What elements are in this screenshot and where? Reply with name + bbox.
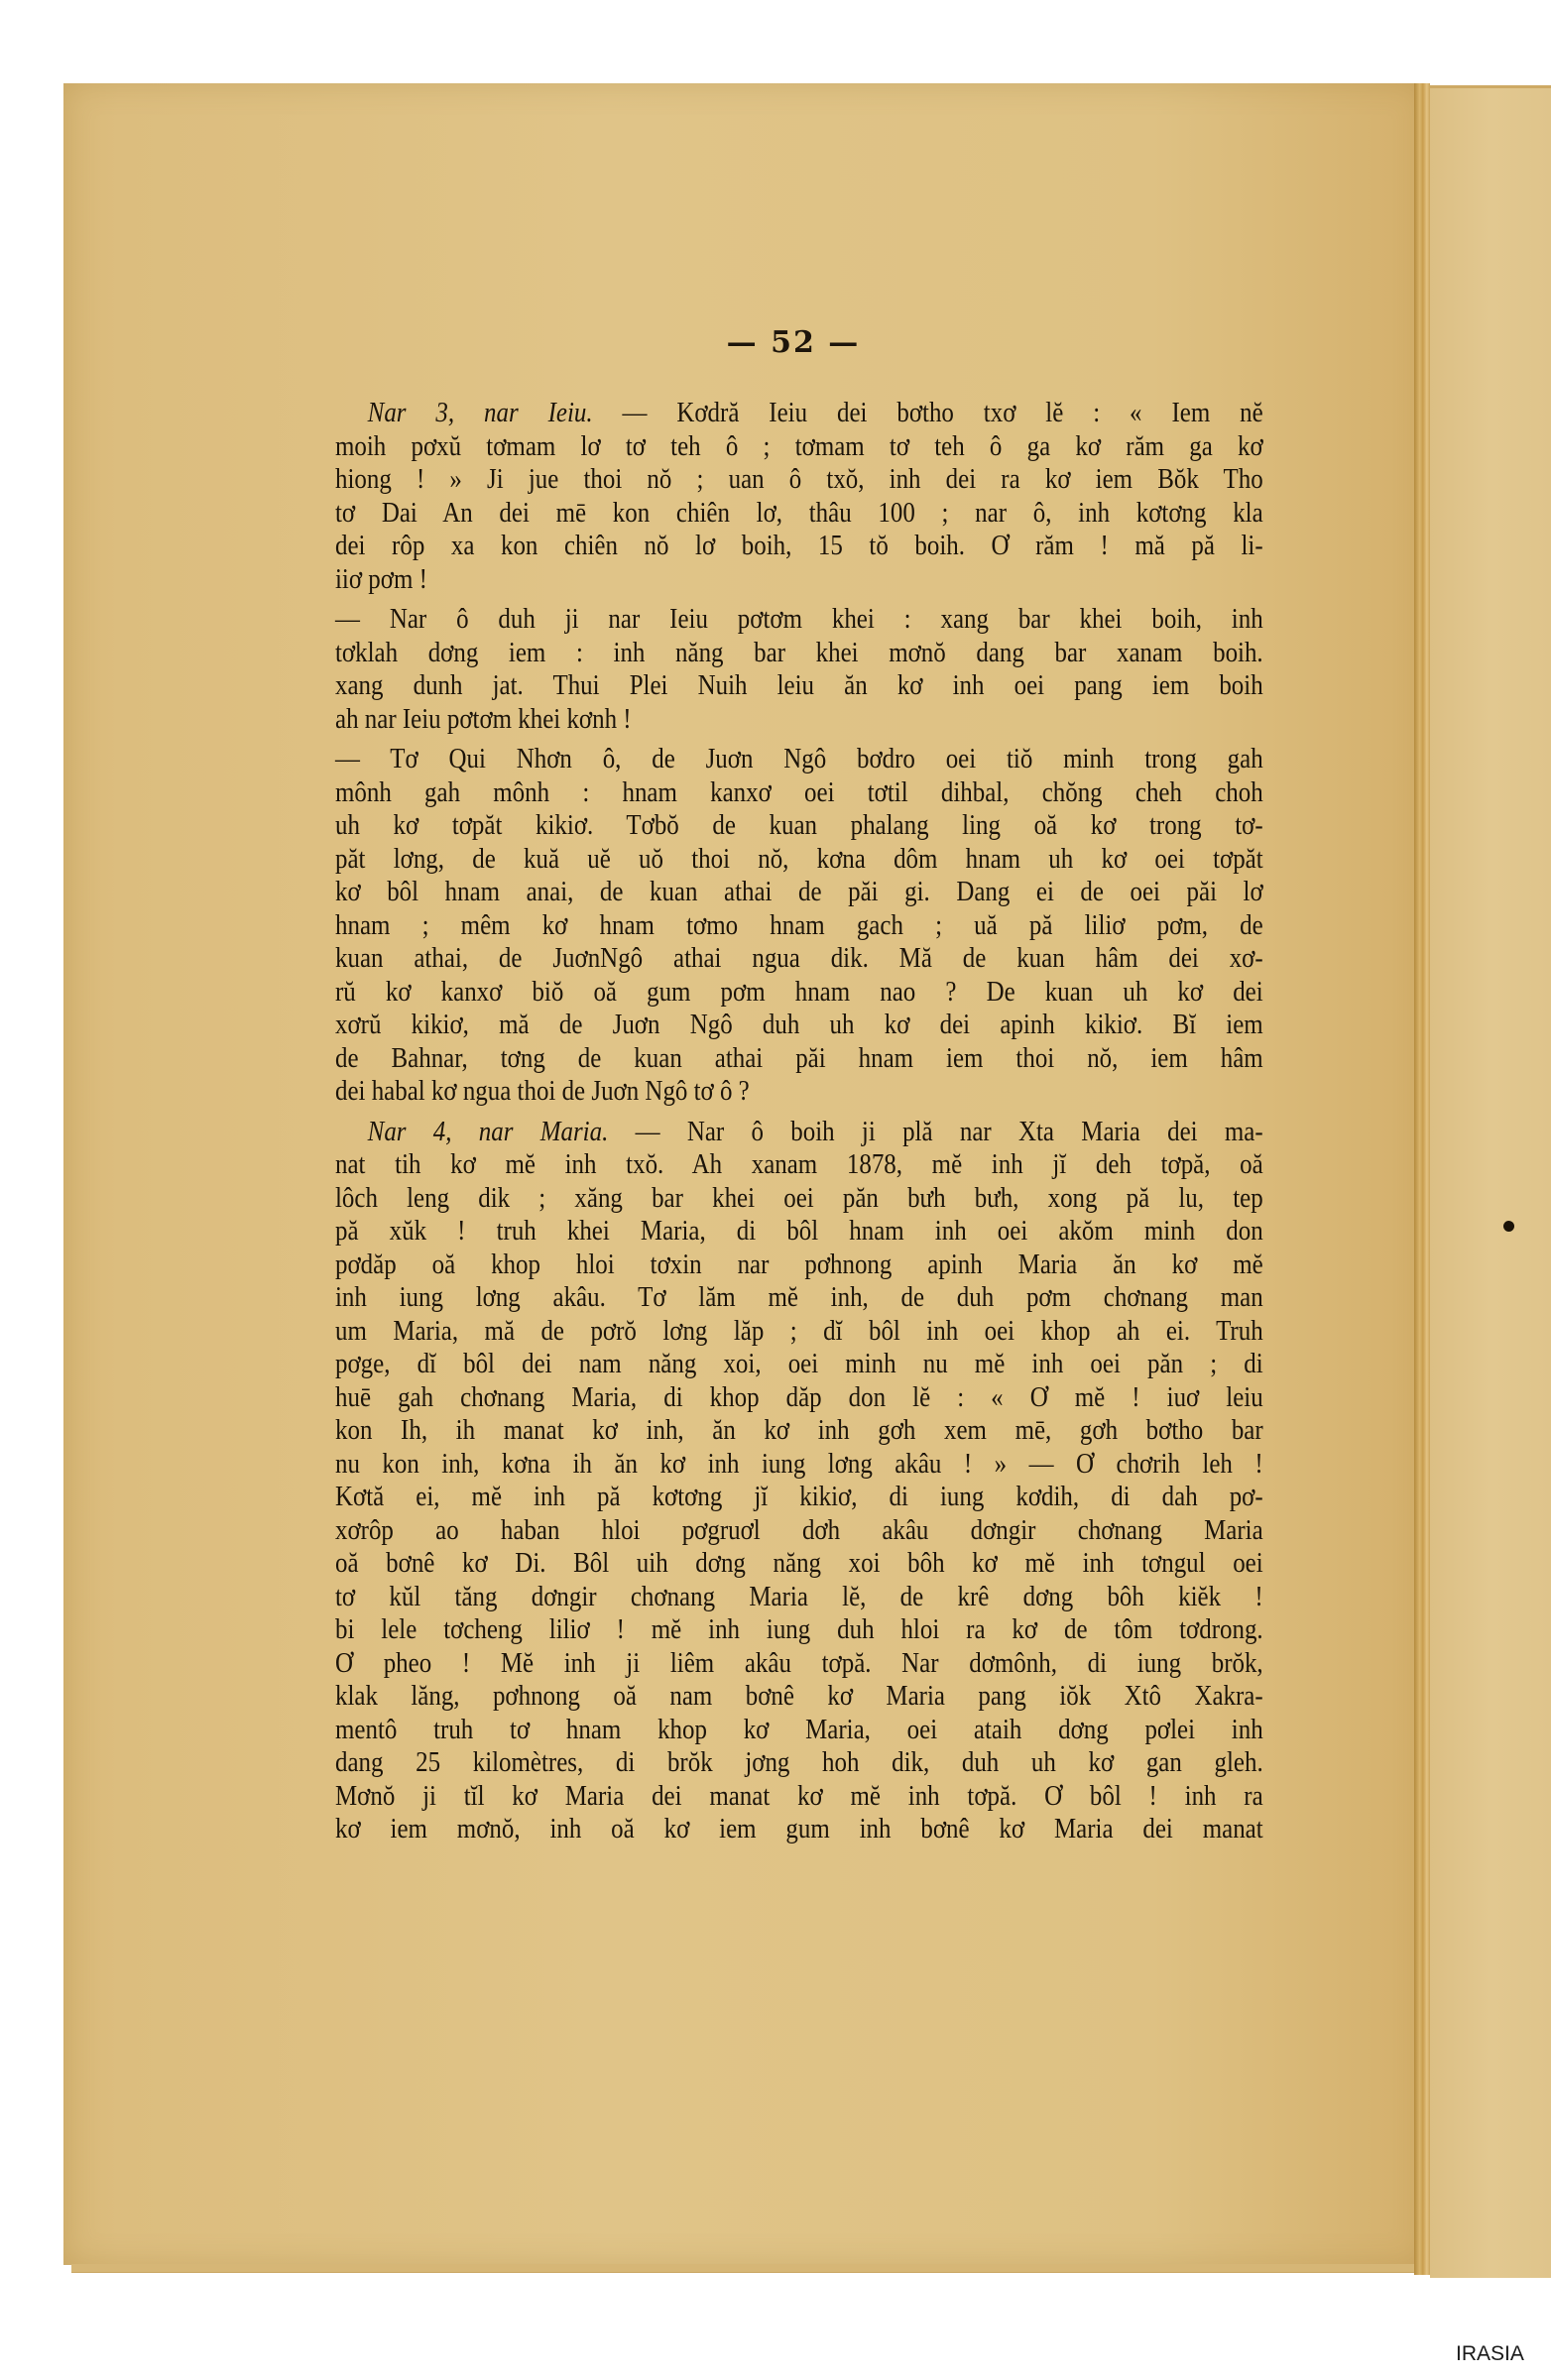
text-line: mônh gah mônh : hnam kanxơ oei tơtil dih… [335,776,1263,809]
text-line: xơrôp ao haban hloi pơgruơl dơh akâu dơn… [335,1514,1263,1547]
text-line: Mơnŏ ji tĭl kơ Maria dei manat kơ mĕ inh… [335,1780,1263,1813]
text-line: kuan athai, de JuơnNgô athai ngua dik. M… [335,942,1263,975]
facing-page-edge [1430,85,1551,2278]
text-line: mentô truh tơ hnam khop kơ Maria, oei at… [335,1714,1263,1746]
text-line: kơ iem mơnŏ, inh oă kơ iem gum inh bơnê … [335,1813,1263,1845]
text-line: Ơ pheo ! Mĕ inh ji liêm akâu tơpă. Nar d… [335,1647,1263,1680]
watermark-label: IRASIA [1456,2342,1524,2366]
text-line: tơ Dai An dei mē kon chiên lơ, thâu 100 … [335,497,1263,530]
text-line: dei rôp xa kon chiên nŏ lơ boih, 15 tŏ b… [335,530,1263,562]
text-line: lôch leng dik ; xăng bar khei oei păn bư… [335,1182,1263,1215]
text-line: tơ kŭl tăng dơngir chơnang Maria lĕ, de … [335,1581,1263,1613]
text-line: hiong ! » Ji jue thoi nŏ ; uan ô txŏ, in… [335,463,1263,496]
text-line: kơ bôl hnam anai, de kuan athai de păi g… [335,876,1263,908]
text-line: hnam ; mêm kơ hnam tơmo hnam gach ; uă p… [335,909,1263,942]
text-line: bi lele tơcheng liliơ ! mĕ inh iung duh … [335,1613,1263,1646]
book-gutter [1414,83,1430,2275]
text-line: păt lơng, de kuă uĕ uŏ thoi nŏ, kơna dôm… [335,843,1263,876]
text-line: rŭ kơ kanxơ biŏ oă gum pơm hnam nao ? De… [335,976,1263,1009]
text-line: nat tih kơ mĕ inh txŏ. Ah xanam 1878, mĕ… [335,1148,1263,1181]
text-line: pơdăp oă khop hloi tơxin nar pơhnong api… [335,1249,1263,1281]
text-line: moih pơxŭ tơmam lơ tơ teh ô ; tơmam tơ t… [335,430,1263,463]
text-line: kon Ih, ih manat kơ inh, ăn kơ inh gơh x… [335,1414,1263,1447]
text-line: pă xŭk ! truh khei Maria, di bôl hnam in… [335,1215,1263,1248]
text-line: de Bahnar, tơng de kuan athai păi hnam i… [335,1042,1263,1075]
ink-spot [1503,1221,1514,1232]
text-line: — Tơ Qui Nhơn ô, de Juơn Ngô bơdro oei t… [335,743,1263,775]
text-line: xang dunh jat. Thui Plei Nuih leiu ăn kơ… [335,669,1263,702]
text-line: dei habal kơ ngua thoi de Juơn Ngô tơ ô … [335,1075,1263,1108]
section-heading: Nar 3, nar Ieiu. [368,397,593,428]
text-line: ah nar Ieiu pơtơm khei kơnh ! [335,703,1263,736]
text-line: klak lăng, pơhnong oă nam bơnê kơ Maria … [335,1680,1263,1713]
page-number: — 52 — [595,325,992,360]
text-line: Nar 4, nar Maria. — Nar ô boih ji plă na… [335,1116,1263,1148]
text-line: pơge, dĭ bôl dei nam năng xoi, oei minh … [335,1348,1263,1380]
text-line: nu kon inh, kơna ih ăn kơ inh iung lơng … [335,1448,1263,1481]
section-heading: Nar 4, nar Maria. [368,1116,609,1147]
text-line: um Maria, mă de pơrŏ lơng lăp ; dĭ bôl i… [335,1315,1263,1348]
text-line: Kơtă ei, mĕ inh pă kơtơng jĭ kikiơ, di i… [335,1481,1263,1513]
text-line: huē gah chơnang Maria, di khop dăp don l… [335,1381,1263,1414]
text-line: oă bơnê kơ Di. Bôl uih dơng năng xoi bôh… [335,1547,1263,1580]
text-line: iiơ pơm ! [335,563,1263,596]
text-line: inh iung lơng akâu. Tơ lăm mĕ inh, de du… [335,1281,1263,1314]
text-line: tơklah dơng iem : inh năng bar khei mơnŏ… [335,637,1263,669]
text-line: uh kơ tơpăt kikiơ. Tơbŏ de kuan phalang … [335,809,1263,842]
text-line: — Nar ô duh ji nar Ieiu pơtơm khei : xan… [335,603,1263,636]
text-line: xơrŭ kikiơ, mă de Juơn Ngô duh uh kơ dei… [335,1009,1263,1041]
text-line: Nar 3, nar Ieiu. — Kơdră Ieiu dei bơtho … [335,397,1263,429]
text-line: dang 25 kilomètres, di brŏk jơng hoh dik… [335,1746,1263,1779]
